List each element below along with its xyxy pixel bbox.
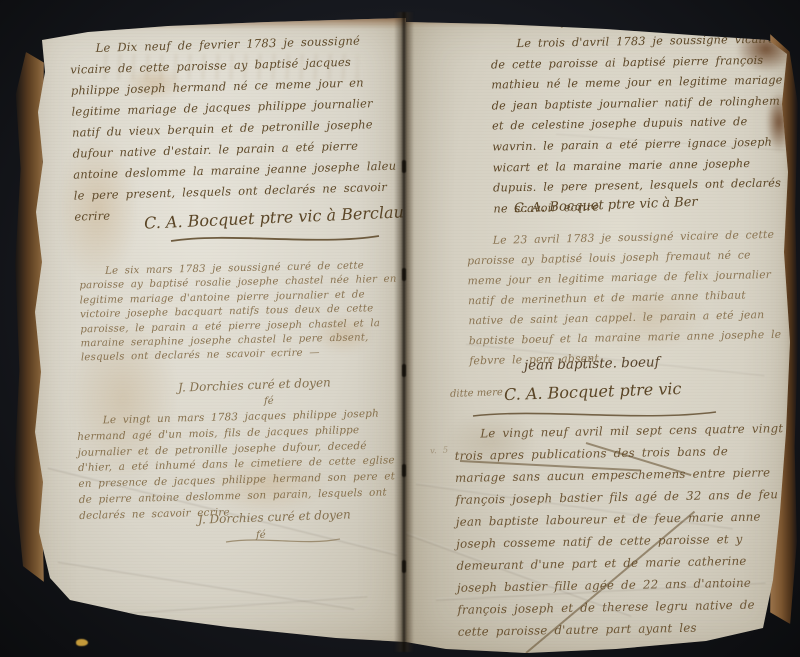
superscript-annotation: Juin [562, 17, 582, 28]
binding-stitch [402, 364, 406, 377]
baptism-entry-6-mars-1783: Le six mars 1783 je soussigné curé de ce… [79, 259, 403, 367]
signature-paraph: fé [264, 396, 274, 407]
debris-speck [76, 639, 88, 646]
signature-lead-in: ditte mere [450, 387, 503, 400]
binding-stitch [402, 160, 406, 173]
left-page: Le Dix neuf de fevrier 1783 je soussigné… [28, 14, 406, 646]
burnt-edge [406, 12, 792, 27]
binding-stitch [402, 560, 406, 573]
signature-dorchies: J. Dorchies curé et doyen [178, 375, 331, 394]
manuscript-photo: Le Dix neuf de fevrier 1783 je soussigné… [0, 0, 800, 657]
burial-entry-21-mars-1783: Le vingt un mars 1783 jacques philippe j… [77, 406, 406, 525]
signature-bocquet: C. A. Bocquet ptre vic [504, 379, 682, 404]
paper-crease [58, 560, 355, 610]
book-gutter [394, 12, 414, 652]
signature-flourish [168, 230, 383, 246]
marriage-entry-29-avril-1783: Le vingt neuf avril mil sept cens quatre… [454, 417, 788, 643]
margin-note: v. 5 [430, 446, 449, 457]
binding-stitch [402, 268, 406, 281]
baptism-entry-3-avril-1783: Le trois d'avril 1783 je soussigné vicai… [490, 29, 785, 219]
burnt-edge [28, 14, 406, 29]
paper-crease [88, 594, 368, 617]
baptism-entry-19-feb-1783: Le Dix neuf de fevrier 1783 je soussigné… [69, 29, 404, 227]
binding-stitch [402, 464, 406, 477]
right-page: Juin Le trois d'avril 1783 je soussigné … [406, 12, 792, 657]
